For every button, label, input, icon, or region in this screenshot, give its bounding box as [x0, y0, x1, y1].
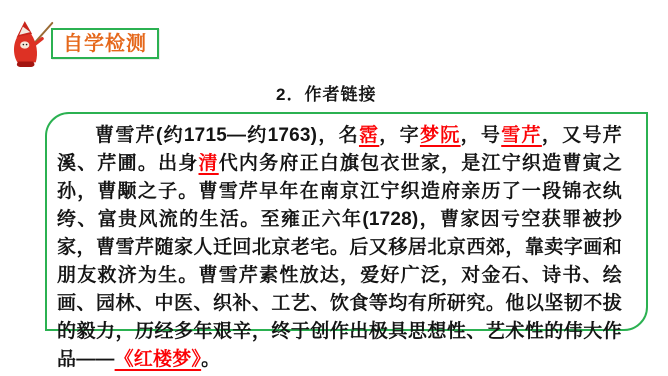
highlighted-term: 霑 — [359, 125, 379, 146]
bio-text: ，号 — [461, 125, 502, 146]
header-badge: 自学检测 — [51, 28, 159, 59]
bio-text: ，字 — [379, 125, 420, 146]
header-badge-label: 自学检测 — [63, 34, 147, 54]
bio-text: 曹雪芹(约1715—约1763)，名 — [95, 125, 359, 146]
bio-text: 。 — [201, 349, 220, 370]
highlighted-term: 雪芹 — [501, 125, 542, 146]
author-bio-box: 曹雪芹(约1715—约1763)，名霑，字梦阮，号雪芹，又号芹溪、芹圃。出身清代… — [45, 112, 648, 331]
section-title: 2．作者链接 — [276, 80, 376, 105]
pencil-mascot-icon — [11, 20, 55, 70]
slide: 自学检测 2．作者链接 曹雪芹(约1715—约1763)，名霑，字梦阮，号雪芹，… — [0, 0, 668, 376]
bio-text: 代内务府正白旗包衣世家，是江宁织造曹寅之孙，曹颙之子。曹雪芹早年在南京江宁织造府… — [57, 153, 622, 370]
bio-paragraph: 曹雪芹(约1715—约1763)，名霑，字梦阮，号雪芹，又号芹溪、芹圃。出身清代… — [57, 122, 622, 374]
highlighted-term: 《红楼梦》 — [115, 349, 202, 370]
highlighted-term: 梦阮 — [420, 125, 461, 146]
highlighted-term: 清 — [199, 153, 219, 174]
